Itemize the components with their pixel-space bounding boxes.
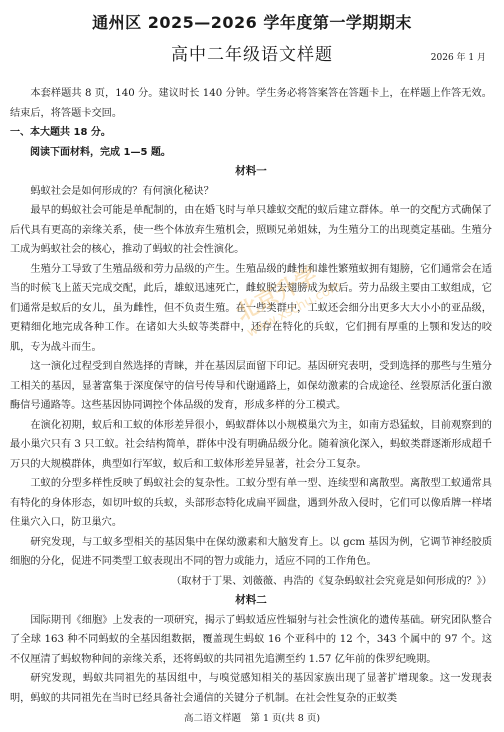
material1-paragraph: 这一演化过程受到自然选择的青睐，并在基因层面留下印记。基因研究表明，受到选择的那… [10, 357, 492, 416]
material2-paragraph: 国际期刊《细胞》上发表的一项研究，揭示了蚂蚁适应性辐射与社会性演化的遗传基础。研… [10, 611, 492, 670]
section-heading: 一、本大题共 18 分。 [10, 123, 492, 143]
section-instruction: 阅读下面材料，完成 1—5 题。 [10, 143, 492, 163]
exam-body: 本套样题共 8 页，140 分。建议时长 140 分钟。学生务必将答案答在答题卡… [10, 84, 492, 708]
exam-page: 通州区 2025—2026 学年度第一学期期末 高中二年级语文样题 2026 年… [0, 0, 504, 732]
exam-date: 2026 年 1 月 [431, 50, 486, 63]
material1-source: （取材于丁果、刘薇薇、冉浩的《复杂蚂蚁社会究竟是如何形成的？》） [10, 572, 492, 592]
material1-paragraph: 生殖分工导致了生殖品级和劳力品级的产生。生殖品级的雌性和雄性繁殖蚁拥有翅膀，它们… [10, 260, 492, 358]
exam-subtitle: 高中二年级语文样题 [0, 40, 504, 65]
material2-title: 材料二 [10, 591, 492, 611]
material1-paragraph: 研究发现，与工蚁多型相关的基因集中在保幼激素和大脑发育上。以 gcm 基因为例，… [10, 533, 492, 572]
page-footer: 高二语文样题 第 1 页(共 8 页) [0, 710, 504, 724]
material1-paragraph: 蚂蚁社会是如何形成的？有何演化秘诀？ [10, 182, 492, 202]
exam-instructions: 本套样题共 8 页，140 分。建议时长 140 分钟。学生务必将答案答在答题卡… [10, 84, 492, 123]
material1-paragraph: 工蚁的分型多样性反映了蚂蚁社会的复杂性。工蚁分型有单一型、连续型和离散型。离散型… [10, 474, 492, 533]
material1-paragraph: 在演化初期，蚁后和工蚁的体形差异很小，蚂蚁群体以小规模巢穴为主，如南方恐猛蚁，目… [10, 416, 492, 475]
material1-paragraph: 最早的蚂蚁社会可能是单配制的，由在婚飞时与单只雄蚁交配的蚁后建立群体。单一的交配… [10, 201, 492, 260]
material1-title: 材料一 [10, 162, 492, 182]
exam-title: 通州区 2025—2026 学年度第一学期期末 [0, 10, 504, 33]
material2-paragraph: 研究发现，蚂蚁共同祖先的基因组中，与嗅觉感知相关的基因家族出现了显著扩增现象。这… [10, 669, 492, 708]
